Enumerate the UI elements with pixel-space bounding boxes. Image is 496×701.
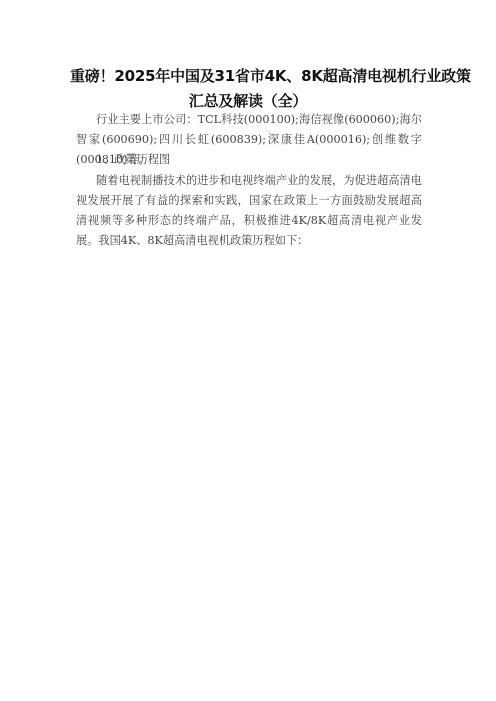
document-page: 重磅！2025年中国及31省市4K、8K超高清电视机行业政策 汇总及解读（全） … [0,0,496,701]
document-title-line-1: 重磅！2025年中国及31省市4K、8K超高清电视机行业政策 [70,66,426,86]
section-heading: 1、政策历程图 [76,150,422,170]
document-title-line-2: 汇总及解读（全） [70,91,426,111]
intro-paragraph: 随着电视制播技术的进步和电视终端产业的发展，为促进超高清电视发展开展了有益的探索… [76,171,422,251]
